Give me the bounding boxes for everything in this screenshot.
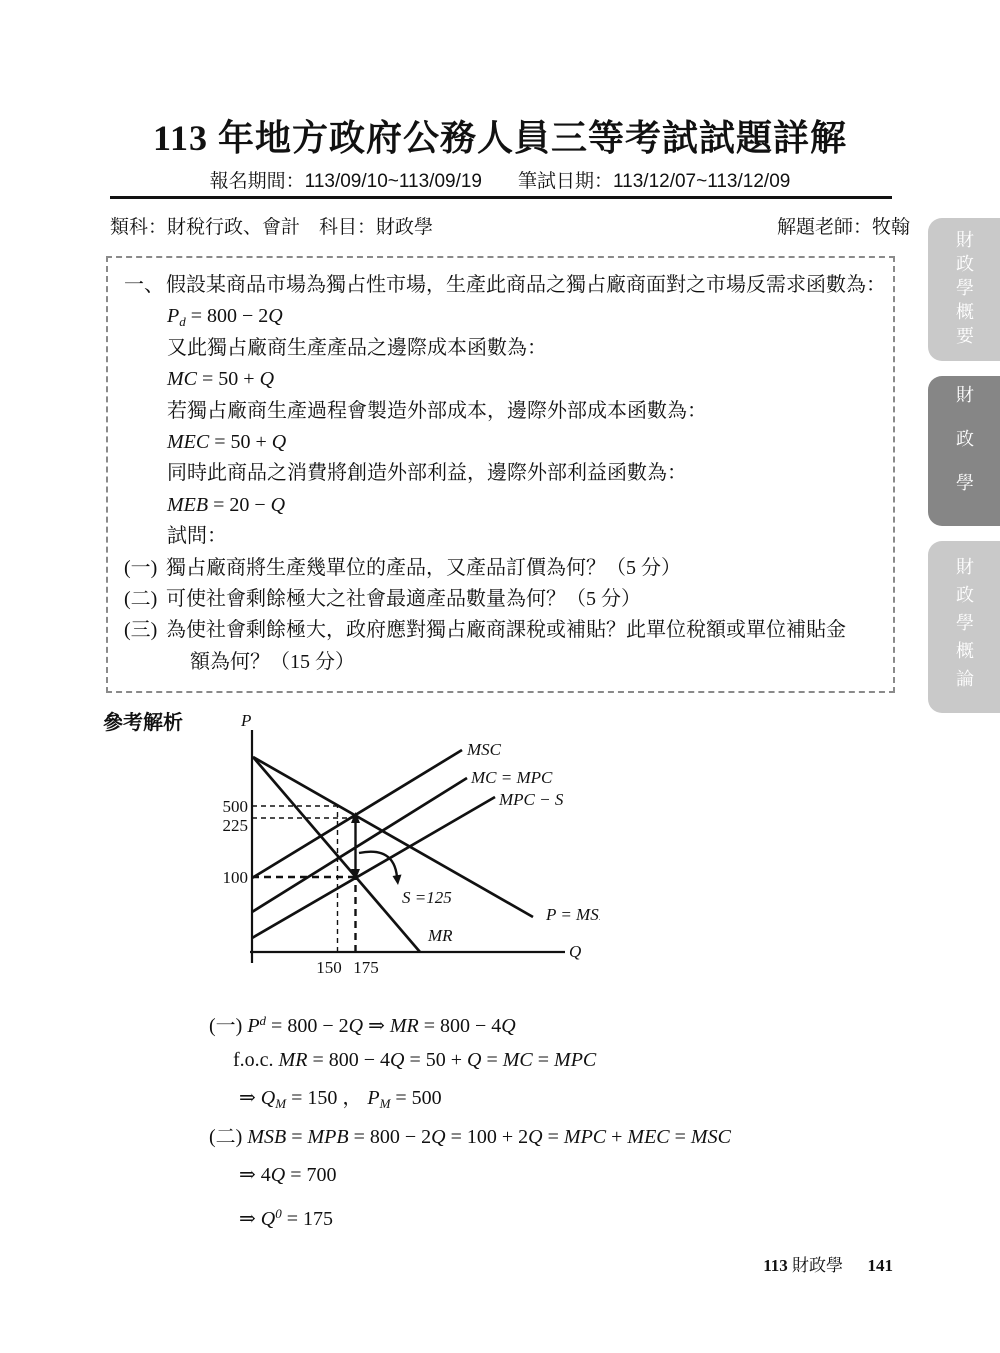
solution-line: f.o.c. MR = 800 − 4Q = 50 + Q = MC = MPC (205, 1041, 731, 1080)
written-exam-date: 筆試日期：113/12/07~113/12/09 (518, 166, 790, 193)
solution-working: (一) Pd = 800 − 2Q ⇒ MR = 800 − 4Qf.o.c. … (205, 1002, 731, 1233)
exam-solution-page: 113 年地方政府公務人員三等考試試題詳解 報名期間：113/09/10~113… (0, 0, 1000, 1353)
question-line: MEB = 20 − Q (108, 490, 893, 521)
solution-line: ⇒ QM = 150 ， PM = 500 (205, 1079, 731, 1118)
question-box: 一、假設某商品市場為獨占性市場，生產此商品之獨占廠商面對之市場反需求函數為：Pd… (106, 256, 895, 693)
reference-analysis-label: 參考解析 (103, 706, 183, 735)
question-line: 額為何？（15 分） (108, 647, 893, 678)
footer-year: 113 (763, 1256, 788, 1275)
footer-subject: 財政學 (792, 1256, 843, 1275)
question-line-number: (三) (124, 615, 157, 646)
question-line: MEC = 50 + Q (108, 427, 893, 458)
page-footer: 113 財政學 141 (763, 1251, 893, 1276)
registration-period: 報名期間：113/09/10~113/09/19 (210, 166, 482, 193)
solution-line: ⇒ Q0 = 175 (205, 1195, 731, 1234)
solution-line: (二) MSB = MPB = 800 − 2Q = 100 + 2Q = MP… (205, 1118, 731, 1157)
question-line: 若獨占廠商生產過程會製造外部成本，邊際外部成本函數為： (108, 396, 893, 427)
side-tab-public-finance-intro: 財政學概論 (928, 541, 1000, 713)
question-line-number: 一、 (124, 270, 164, 301)
side-tab-public-finance-active: 財政學 (928, 376, 1000, 526)
question-line: 同時此商品之消費將創造外部利益，邊際外部利益函數為： (108, 458, 893, 489)
tick-500: 500 (223, 797, 249, 816)
x-axis-label: Q (569, 942, 581, 961)
question-line-number: (二) (124, 584, 157, 615)
question-line: (三)為使社會剩餘極大，政府應對獨占廠商課稅或補貼？此單位稅額或單位補貼金 (108, 615, 893, 646)
label-mpc-s: MPC − S (498, 790, 564, 809)
side-tab-public-finance-summary: 財政學概要 (928, 218, 1000, 361)
solution-line: (一) Pd = 800 − 2Q ⇒ MR = 800 − 4Q (205, 1002, 731, 1041)
label-p-msb: P = MSB (545, 905, 600, 924)
meta-row: 類科：財稅行政、會計 科目：財政學 解題老師：牧翰 (110, 212, 910, 239)
question-line-number: (一) (124, 553, 157, 584)
solution-line: ⇒ 4Q = 700 (205, 1156, 731, 1195)
exam-dates-row: 報名期間：113/09/10~113/09/19 筆試日期：113/12/07~… (0, 166, 1000, 193)
question-line: MC = 50 + Q (108, 364, 893, 395)
y-axis-label: P (240, 711, 251, 730)
solution-teacher: 解題老師：牧翰 (777, 212, 910, 239)
label-mc-mpc: MC = MPC (470, 768, 553, 787)
label-subsidy: S =125 (402, 888, 452, 907)
question-line: 又此獨占廠商生產產品之邊際成本函數為： (108, 333, 893, 364)
page-title: 113 年地方政府公務人員三等考試試題詳解 (0, 110, 1000, 161)
tick-175: 175 (353, 958, 379, 977)
market-externality-diagram: P Q MSC MC = MPC MPC − S P = MSB MR S =1… (220, 700, 600, 985)
question-line: 試問： (108, 521, 893, 552)
footer-page-number: 141 (868, 1256, 894, 1275)
tick-225: 225 (223, 816, 249, 835)
category-subject: 類科：財稅行政、會計 科目：財政學 (110, 212, 433, 239)
label-mr: MR (427, 926, 453, 945)
question-line: (二)可使社會剩餘極大之社會最適產品數量為何？（5 分） (108, 584, 893, 615)
label-msc: MSC (466, 740, 502, 759)
header-divider (110, 196, 892, 199)
question-line: 一、假設某商品市場為獨占性市場，生產此商品之獨占廠商面對之市場反需求函數為： (108, 270, 893, 301)
tick-100: 100 (223, 868, 249, 887)
tick-150: 150 (316, 958, 342, 977)
question-line: (一)獨占廠商將生產幾單位的產品，又產品訂價為何？（5 分） (108, 553, 893, 584)
question-line: Pd = 800 − 2Q (108, 301, 893, 332)
subsidy-pointer-arrowhead (393, 875, 402, 886)
